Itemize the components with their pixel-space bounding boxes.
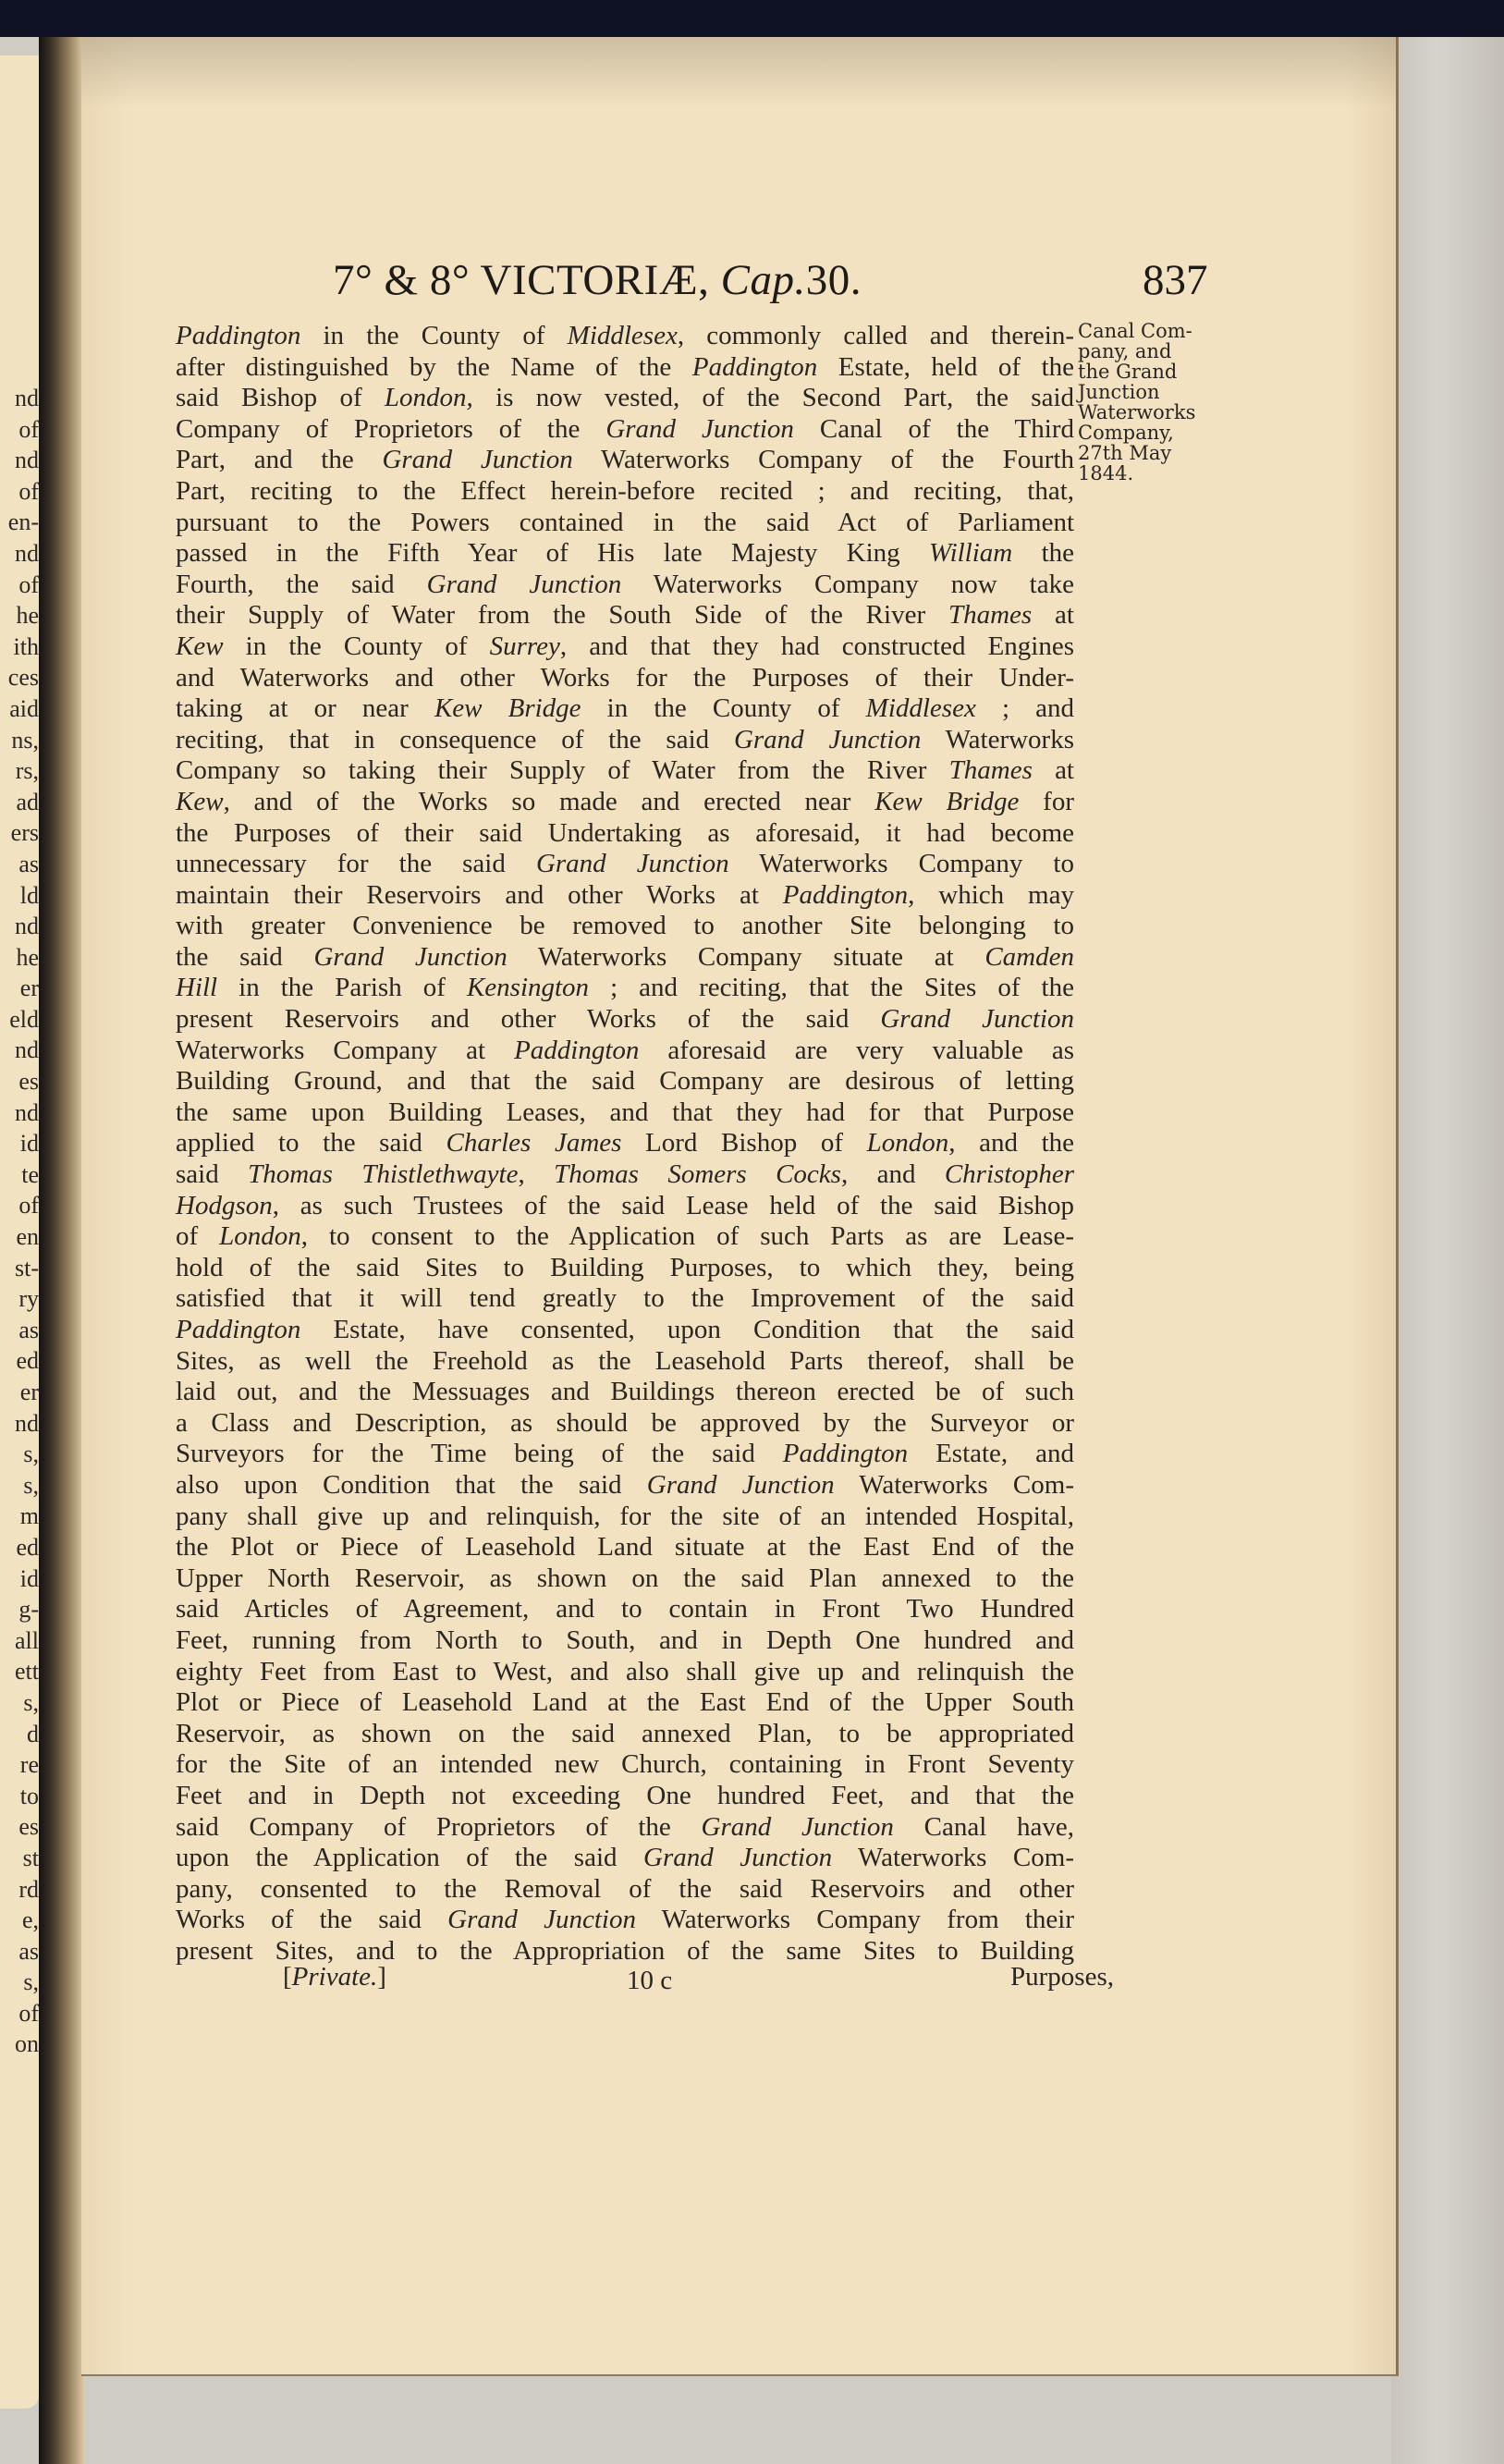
italic-run: Kew: [176, 787, 224, 816]
facing-page-fragment: nd: [0, 1097, 39, 1129]
text-run: the Plot or Piece of Leasehold Land situ…: [176, 1532, 1074, 1562]
facing-page-fragment: nd: [0, 538, 39, 570]
facing-page-fragment: he: [0, 600, 39, 631]
signature-mark: 10 c: [627, 1966, 672, 1996]
text-line: Kew, and of the Works so made and erecte…: [176, 787, 1074, 818]
text-run: Surveyors for the Time being of the said: [176, 1439, 783, 1468]
text-run: applied to the said: [176, 1128, 446, 1158]
text-run: pursuant to the Powers contained in the …: [176, 508, 1074, 537]
text-line: said Articles of Agreement, and to conta…: [176, 1594, 1074, 1625]
text-run: , and that they had constructed Engines: [560, 631, 1074, 661]
text-line: also upon Condition that the said Grand …: [176, 1470, 1074, 1502]
facing-page-fragment: id: [0, 1128, 39, 1159]
text-run: the same upon Building Leases, and that …: [176, 1097, 1074, 1127]
text-run: Estate, held of the: [817, 352, 1074, 382]
text-run: Plot or Piece of Leasehold Land at the E…: [176, 1687, 1074, 1717]
text-run: said: [176, 1159, 248, 1189]
text-run: Estate, and: [908, 1439, 1074, 1468]
text-run: Waterworks: [921, 725, 1074, 754]
facing-page-fragment: of: [0, 476, 39, 508]
text-line: and Waterworks and other Works for the P…: [176, 663, 1074, 694]
marginal-note-line: the Grand: [1078, 362, 1207, 382]
facing-page-fragment: nd: [0, 445, 39, 476]
italic-run: Paddington: [692, 352, 817, 382]
text-run: with greater Convenience be removed to a…: [176, 911, 1074, 940]
text-run: at: [1033, 755, 1074, 785]
facing-page-fragment: of: [0, 1190, 39, 1221]
text-line: Part, and the Grand Junction Waterworks …: [176, 445, 1074, 476]
facing-page-fragment: id: [0, 1563, 39, 1595]
text-run: Waterworks Company from their: [636, 1905, 1074, 1934]
italic-run: Grand Junction: [605, 414, 794, 444]
text-run: their Supply of Water from the South Sid…: [176, 600, 948, 630]
facing-page-fragment: st-: [0, 1253, 39, 1284]
text-line: the Purposes of their said Undertaking a…: [176, 818, 1074, 850]
text-line: Reservoir, as shown on the said annexed …: [176, 1719, 1074, 1750]
text-run: in the County of: [224, 631, 490, 661]
facing-page-fragment: to: [0, 1781, 39, 1812]
italic-run: Thames: [949, 755, 1033, 785]
text-line: of London, to consent to the Application…: [176, 1221, 1074, 1253]
italic-run: Thomas Somers Cocks: [554, 1159, 841, 1189]
facing-page-fragment: er: [0, 973, 39, 1004]
regnal-year: 7° & 8° VICTORIÆ,: [333, 256, 709, 304]
catchword: Purposes,: [1010, 1962, 1114, 1992]
text-line: Hill in the Parish of Kensington ; and r…: [176, 973, 1074, 1004]
text-line: Kew in the County of Surrey, and that th…: [176, 631, 1074, 663]
text-line: Works of the said Grand Junction Waterwo…: [176, 1905, 1074, 1936]
italic-run: Kew Bridge: [874, 787, 1019, 816]
facing-page-fragment: s,: [0, 1470, 39, 1502]
text-line: Waterworks Company at Paddington aforesa…: [176, 1036, 1074, 1067]
text-line: Paddington in the County of Middlesex, c…: [176, 321, 1074, 352]
text-run: reciting, that in consequence of the sai…: [176, 725, 734, 754]
text-line: eighty Feet from East to West, and also …: [176, 1657, 1074, 1688]
text-line: said Company of Proprietors of the Grand…: [176, 1812, 1074, 1844]
text-line: satisfied that it will tend greatly to t…: [176, 1283, 1074, 1315]
text-run: said Articles of Agreement, and to conta…: [176, 1594, 1074, 1624]
text-line: Feet and in Depth not exceeding One hund…: [176, 1781, 1074, 1812]
facing-page-fragment: g-: [0, 1594, 39, 1625]
facing-page-fragment: te: [0, 1159, 39, 1191]
facing-page-fragment: of: [0, 414, 39, 446]
text-line: Hodgson, as such Trustees of the said Le…: [176, 1191, 1074, 1222]
text-run: satisfied that it will tend greatly to t…: [176, 1283, 1074, 1313]
facing-page-fragment: s,: [0, 1967, 39, 1998]
italic-run: Paddington: [514, 1036, 639, 1065]
text-run: , commonly called and therein-: [678, 321, 1074, 350]
text-run: Building Ground, and that the said Compa…: [176, 1066, 1074, 1096]
text-run: Feet, running from North to South, and i…: [176, 1625, 1074, 1655]
italic-run: Paddington: [176, 321, 300, 350]
text-line: the same upon Building Leases, and that …: [176, 1097, 1074, 1129]
text-run: present Reservoirs and other Works of th…: [176, 1004, 880, 1034]
text-run: also upon Condition that the said: [176, 1470, 647, 1500]
facing-page-fragment: es: [0, 1066, 39, 1097]
facing-page-fragment: d: [0, 1719, 39, 1750]
text-line: their Supply of Water from the South Sid…: [176, 600, 1074, 631]
text-run: Sites, as well the Freehold as the Lease…: [176, 1346, 1074, 1376]
facing-page-fragment: ith: [0, 631, 39, 663]
text-run: for the Site of an intended new Church, …: [176, 1749, 1074, 1779]
text-line: upon the Application of the said Grand J…: [176, 1843, 1074, 1874]
text-run: passed in the Fifth Year of His late Maj…: [176, 538, 929, 568]
text-run: Reservoir, as shown on the said annexed …: [176, 1719, 1074, 1748]
facing-page-fragment: nd: [0, 1408, 39, 1440]
marginal-note-line: 1844.: [1078, 463, 1207, 484]
italic-run: Middlesex: [866, 693, 976, 723]
text-line: pany, consented to the Removal of the sa…: [176, 1874, 1074, 1906]
text-run: said Bishop of: [176, 383, 385, 412]
text-line: taking at or near Kew Bridge in the Coun…: [176, 693, 1074, 725]
text-run: hold of the said Sites to Building Purpo…: [176, 1253, 1074, 1282]
text-line: Part, reciting to the Effect herein-befo…: [176, 476, 1074, 508]
marginal-note-line: Waterworks: [1078, 402, 1207, 423]
facing-page-fragment: ers: [0, 817, 39, 849]
facing-page-fragment: en: [0, 1221, 39, 1253]
text-line: laid out, and the Messuages and Building…: [176, 1377, 1074, 1408]
text-run: in the Parish of: [217, 973, 467, 1002]
text-line: for the Site of an intended new Church, …: [176, 1749, 1074, 1781]
text-run: of: [176, 1221, 219, 1251]
bracket-open: [: [283, 1962, 292, 1992]
text-run: , which may: [908, 880, 1074, 910]
text-run: unnecessary for the said: [176, 849, 536, 878]
italic-run: Grand Junction: [643, 1843, 832, 1872]
facing-page-fragment: eld: [0, 1004, 39, 1036]
text-line: present Reservoirs and other Works of th…: [176, 1004, 1074, 1036]
italic-run: Paddington: [176, 1315, 300, 1344]
running-head: 7° & 8° VICTORIÆ, Cap.30.: [333, 257, 862, 303]
text-run: , and: [841, 1159, 945, 1189]
text-run: after distinguished by the Name of the: [176, 352, 692, 382]
text-run: and Waterworks and other Works for the P…: [176, 663, 1074, 693]
text-run: in the County of: [300, 321, 567, 350]
marginal-note-line: 27th May: [1078, 443, 1207, 463]
facing-page-fragment: ns,: [0, 725, 39, 756]
scan-backdrop-top: [0, 0, 1504, 37]
text-line: hold of the said Sites to Building Purpo…: [176, 1253, 1074, 1284]
text-line: a Class and Description, as should be ap…: [176, 1408, 1074, 1440]
marginal-note-line: Canal Com-: [1078, 321, 1207, 341]
bracket-close: ]: [377, 1962, 386, 1992]
text-run: eighty Feet from East to West, and also …: [176, 1657, 1074, 1686]
facing-page-fragment: all: [0, 1625, 39, 1657]
facing-page-fragment: ld: [0, 880, 39, 912]
text-line: said Bishop of London, is now vested, of…: [176, 383, 1074, 414]
facing-page-fragment: ett: [0, 1656, 39, 1687]
chapter-label: Cap.: [721, 256, 806, 304]
private-label: Private.: [292, 1962, 378, 1992]
italic-run: Christopher: [945, 1159, 1074, 1189]
facing-page-fragment: re: [0, 1749, 39, 1781]
facing-page-text-fragments: ndofndofen-ndofheithcesaidns,rs,adersasl…: [0, 383, 39, 2060]
text-line: applied to the said Charles James Lord B…: [176, 1128, 1074, 1159]
italic-run: Paddington: [783, 1439, 908, 1468]
text-run: Waterworks Com-: [835, 1470, 1074, 1500]
chapter-number: 30.: [806, 256, 862, 304]
text-run: ; and reciting, that the Sites of the: [589, 973, 1074, 1002]
marginal-note-line: Company,: [1078, 423, 1207, 443]
text-run: the Purposes of their said Undertaking a…: [176, 818, 1074, 848]
text-line: Surveyors for the Time being of the said…: [176, 1439, 1074, 1470]
text-run: , and the: [948, 1128, 1074, 1158]
italic-run: Grand Junction: [734, 725, 921, 754]
text-line: said Thomas Thistlethwayte, Thomas Somer…: [176, 1159, 1074, 1191]
text-run: Upper North Reservoir, as shown on the s…: [176, 1563, 1074, 1593]
page-footer: [Private.] 10 c Purposes,: [176, 1962, 1114, 1999]
italic-run: Kew: [176, 631, 224, 661]
facing-page-fragment: aid: [0, 693, 39, 725]
private-mark: [Private.]: [283, 1962, 386, 1992]
facing-page-fragment: ad: [0, 787, 39, 818]
text-run: Waterworks Com-: [832, 1843, 1074, 1872]
text-line: Building Ground, and that the said Compa…: [176, 1066, 1074, 1097]
text-run: Company of Proprietors of the: [176, 414, 605, 444]
facing-page-fragment: of: [0, 1998, 39, 2029]
italic-run: Hill: [176, 973, 217, 1002]
text-run: Waterworks Company now take: [621, 570, 1074, 599]
facing-page-fragment: nd: [0, 383, 39, 414]
text-run: Part, reciting to the Effect herein-befo…: [176, 476, 1074, 506]
text-line: Feet, running from North to South, and i…: [176, 1625, 1074, 1657]
text-run: maintain their Reservoirs and other Work…: [176, 880, 783, 910]
facing-page-fragment: rd: [0, 1874, 39, 1906]
text-run: a Class and Description, as should be ap…: [176, 1408, 1074, 1438]
italic-run: Grand Junction: [382, 445, 572, 474]
italic-run: Grand Junction: [313, 942, 507, 972]
text-line: the Plot or Piece of Leasehold Land situ…: [176, 1532, 1074, 1563]
italic-run: Grand Junction: [427, 570, 622, 599]
italic-run: Surrey: [490, 631, 560, 661]
text-run: Estate, have consented, upon Condition t…: [300, 1315, 1074, 1344]
text-line: after distinguished by the Name of the P…: [176, 352, 1074, 384]
marginal-note: Canal Com-pany, andthe GrandJunctionWate…: [1078, 321, 1207, 484]
text-line: maintain their Reservoirs and other Work…: [176, 880, 1074, 912]
facing-page-fragment: he: [0, 942, 39, 974]
text-run: said Company of Proprietors of the: [176, 1812, 702, 1842]
text-line: Upper North Reservoir, as shown on the s…: [176, 1563, 1074, 1595]
text-line: Company of Proprietors of the Grand Junc…: [176, 414, 1074, 446]
facing-page-fragment: er: [0, 1377, 39, 1408]
text-run: pany, consented to the Removal of the sa…: [176, 1874, 1074, 1904]
text-line: unnecessary for the said Grand Junction …: [176, 849, 1074, 880]
text-run: , and of the Works so made and erected n…: [224, 787, 875, 816]
text-run: ; and: [976, 693, 1074, 723]
text-run: Canal have,: [894, 1812, 1074, 1842]
text-line: pursuant to the Powers contained in the …: [176, 508, 1074, 539]
text-run: Lord Bishop of: [621, 1128, 866, 1158]
facing-page-fragment: nd: [0, 911, 39, 942]
italic-run: Charles James: [446, 1128, 622, 1158]
italic-run: William: [929, 538, 1012, 568]
text-line: with greater Convenience be removed to a…: [176, 911, 1074, 942]
text-run: Waterworks Company of the Fourth: [573, 445, 1074, 474]
text-run: at: [1032, 600, 1074, 630]
italic-run: Kew Bridge: [434, 693, 581, 723]
text-line: Fourth, the said Grand Junction Waterwor…: [176, 570, 1074, 601]
text-line: passed in the Fifth Year of His late Maj…: [176, 538, 1074, 570]
facing-page-fragment: s,: [0, 1687, 39, 1719]
facing-page-fragment: e,: [0, 1905, 39, 1936]
italic-run: London: [867, 1128, 949, 1158]
text-line: reciting, that in consequence of the sai…: [176, 725, 1074, 756]
italic-run: London: [219, 1221, 301, 1251]
text-run: Feet and in Depth not exceeding One hund…: [176, 1781, 1074, 1810]
facing-page-fragment: ed: [0, 1532, 39, 1563]
text-line: the said Grand Junction Waterworks Compa…: [176, 942, 1074, 974]
text-run: Waterworks Company situate at: [507, 942, 985, 972]
facing-page-fragment: rs,: [0, 755, 39, 787]
italic-run: Thomas Thistlethwayte: [248, 1159, 518, 1189]
text-run: Fourth, the said: [176, 570, 427, 599]
italic-run: Grand Junction: [702, 1812, 894, 1842]
italic-run: Hodgson: [176, 1191, 273, 1220]
italic-run: Grand Junction: [880, 1004, 1074, 1034]
text-line: Paddington Estate, have consented, upon …: [176, 1315, 1074, 1346]
italic-run: Paddington: [783, 880, 908, 910]
facing-page-fragment: ry: [0, 1283, 39, 1315]
text-run: for: [1019, 787, 1074, 816]
facing-page-fragment: on: [0, 2029, 39, 2060]
text-run: taking at or near: [176, 693, 434, 723]
italic-run: Grand Junction: [536, 849, 729, 878]
text-run: ,: [518, 1159, 554, 1189]
text-run: pany shall give up and relinquish, for t…: [176, 1502, 1074, 1531]
facing-page-fragment: as: [0, 849, 39, 880]
text-run: Works of the said: [176, 1905, 447, 1934]
marginal-note-line: Junction: [1078, 382, 1207, 402]
text-run: is now vested, of the Second Part, the s…: [473, 383, 1074, 412]
facing-page-fragment: s,: [0, 1439, 39, 1470]
text-run: Waterworks Company at: [176, 1036, 514, 1065]
text-line: Company so taking their Supply of Water …: [176, 755, 1074, 787]
body-text: Paddington in the County of Middlesex, c…: [176, 321, 1074, 1967]
text-run: Company so taking their Supply of Water …: [176, 755, 949, 785]
text-run: Part, and the: [176, 445, 382, 474]
text-run: the said: [176, 942, 313, 972]
text-run: in the County of: [581, 693, 866, 723]
text-line: Sites, as well the Freehold as the Lease…: [176, 1346, 1074, 1378]
facing-page-fragment: ed: [0, 1345, 39, 1377]
italic-run: London,: [385, 383, 473, 412]
marginal-note-line: pany, and: [1078, 341, 1207, 362]
facing-page-fragment: m: [0, 1501, 39, 1532]
facing-page-fragment: as: [0, 1315, 39, 1346]
text-run: , to consent to the Application of such …: [301, 1221, 1074, 1251]
italic-run: Middlesex: [568, 321, 678, 350]
text-line: pany shall give up and relinquish, for t…: [176, 1502, 1074, 1533]
italic-run: Thames: [948, 600, 1032, 630]
scan-backdrop-right: [1391, 37, 1504, 2464]
facing-page-fragment: es: [0, 1811, 39, 1843]
text-run: aforesaid are very valuable as: [639, 1036, 1074, 1065]
text-run: Canal of the Third: [794, 414, 1074, 444]
facing-page-fragment: as: [0, 1936, 39, 1968]
facing-page-fragment: ces: [0, 662, 39, 693]
text-run: laid out, and the Messuages and Building…: [176, 1377, 1074, 1406]
italic-run: Grand Junction: [447, 1905, 636, 1934]
text-run: , as such Trustees of the said Lease hel…: [273, 1191, 1074, 1220]
facing-page-fragment: en-: [0, 507, 39, 538]
italic-run: Grand Junction: [647, 1470, 835, 1500]
text-run: upon the Application of the said: [176, 1843, 643, 1872]
text-run: Waterworks Company to: [729, 849, 1074, 878]
text-run: the: [1012, 538, 1074, 568]
italic-run: Kensington: [467, 973, 589, 1002]
page-number: 837: [1143, 257, 1208, 303]
facing-page-fragment: nd: [0, 1035, 39, 1066]
text-line: Plot or Piece of Leasehold Land at the E…: [176, 1687, 1074, 1719]
facing-page-fragment: of: [0, 570, 39, 601]
facing-page-edge: ndofndofen-ndofheithcesaidns,rs,adersasl…: [0, 55, 39, 2409]
facing-page-fragment: st: [0, 1843, 39, 1874]
book-gutter: [39, 37, 85, 2464]
italic-run: Camden: [984, 942, 1074, 972]
